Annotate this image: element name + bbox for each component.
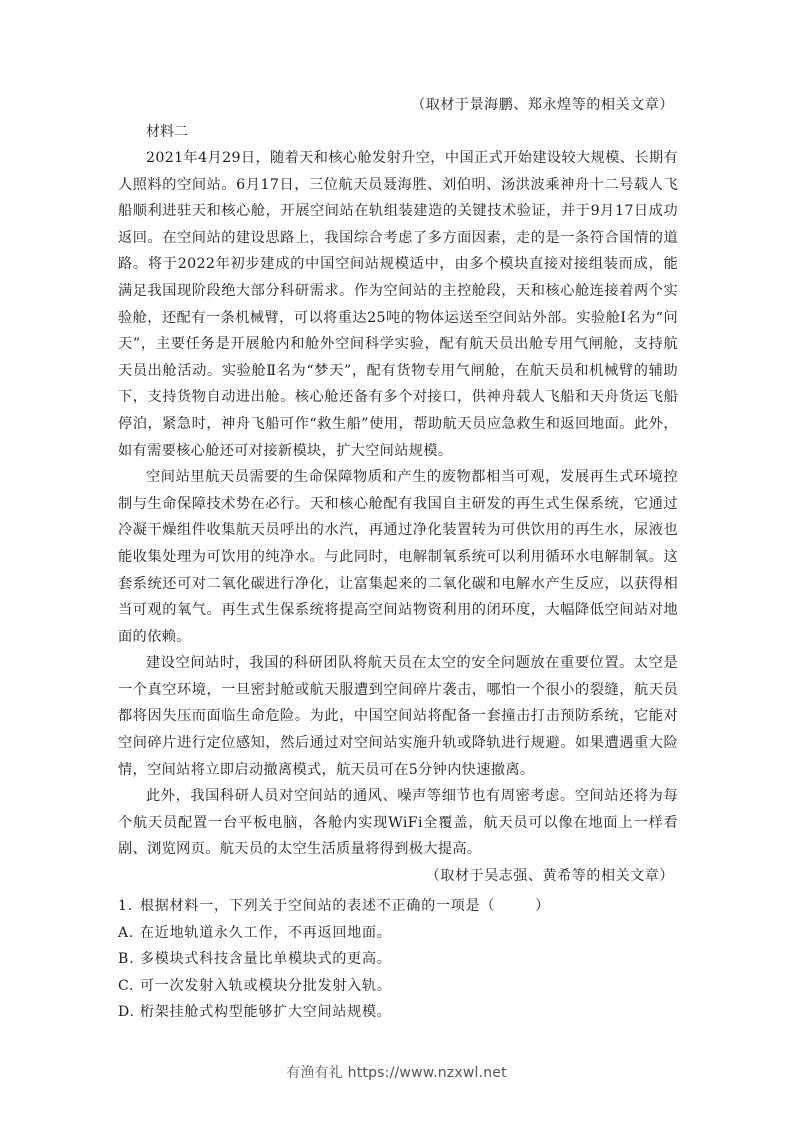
source-citation-bottom: （取材于吴志强、黄希等的相关文章） [118,863,678,889]
question-text: 根据材料一，下列关于空间站的表述不正确的一项是（ [140,898,495,914]
source-citation-top: （取材于景海鹏、郑永煌等的相关文章） [118,92,678,118]
option-c: C.可一次发射入轨或模块分批发射入轨。 [118,973,678,1000]
question-close-paren: ） [535,898,550,914]
question-stem: 1.根据材料一，下列关于空间站的表述不正确的一项是（） [118,893,678,920]
paragraph-1: 2021年4月29日，随着天和核心舱发射升空，中国正式开始建设较大规模、长期有人… [118,145,678,464]
option-letter: A. [118,920,140,947]
option-letter: C. [118,973,140,1000]
footer-watermark: 有渔有礼 https://www.nzxwl.net [0,1062,793,1082]
question-number: 1. [118,893,140,920]
paragraph-3: 建设空间站时，我国的科研团队将航天员在太空的安全问题放在重要位置。太空是一个真空… [118,650,678,783]
option-text: 可一次发射入轨或模块分批发射入轨。 [140,978,392,994]
question-1: 1.根据材料一，下列关于空间站的表述不正确的一项是（） A.在近地轨道永久工作，… [118,893,678,1026]
document-page: （取材于景海鹏、郑永煌等的相关文章） 材料二 2021年4月29日，随着天和核心… [118,92,678,1026]
paragraph-4: 此外，我国科研人员对空间站的通风、噪声等细节也有周密考虑。空间站还将为每个航天员… [118,783,678,863]
option-letter: D. [118,999,140,1026]
paragraph-2: 空间站里航天员需要的生命保障物质和产生的废物都相当可观，发展再生式环境控制与生命… [118,464,678,650]
option-a: A.在近地轨道永久工作，不再返回地面。 [118,920,678,947]
option-text: 在近地轨道永久工作，不再返回地面。 [140,925,392,941]
option-letter: B. [118,946,140,973]
option-b: B.多模块式科技含量比单模块式的更高。 [118,946,678,973]
option-text: 桁架挂舱式构型能够扩大空间站规模。 [140,1004,392,1020]
material-heading: 材料二 [118,119,678,145]
option-text: 多模块式科技含量比单模块式的更高。 [140,951,392,967]
option-d: D.桁架挂舱式构型能够扩大空间站规模。 [118,999,678,1026]
